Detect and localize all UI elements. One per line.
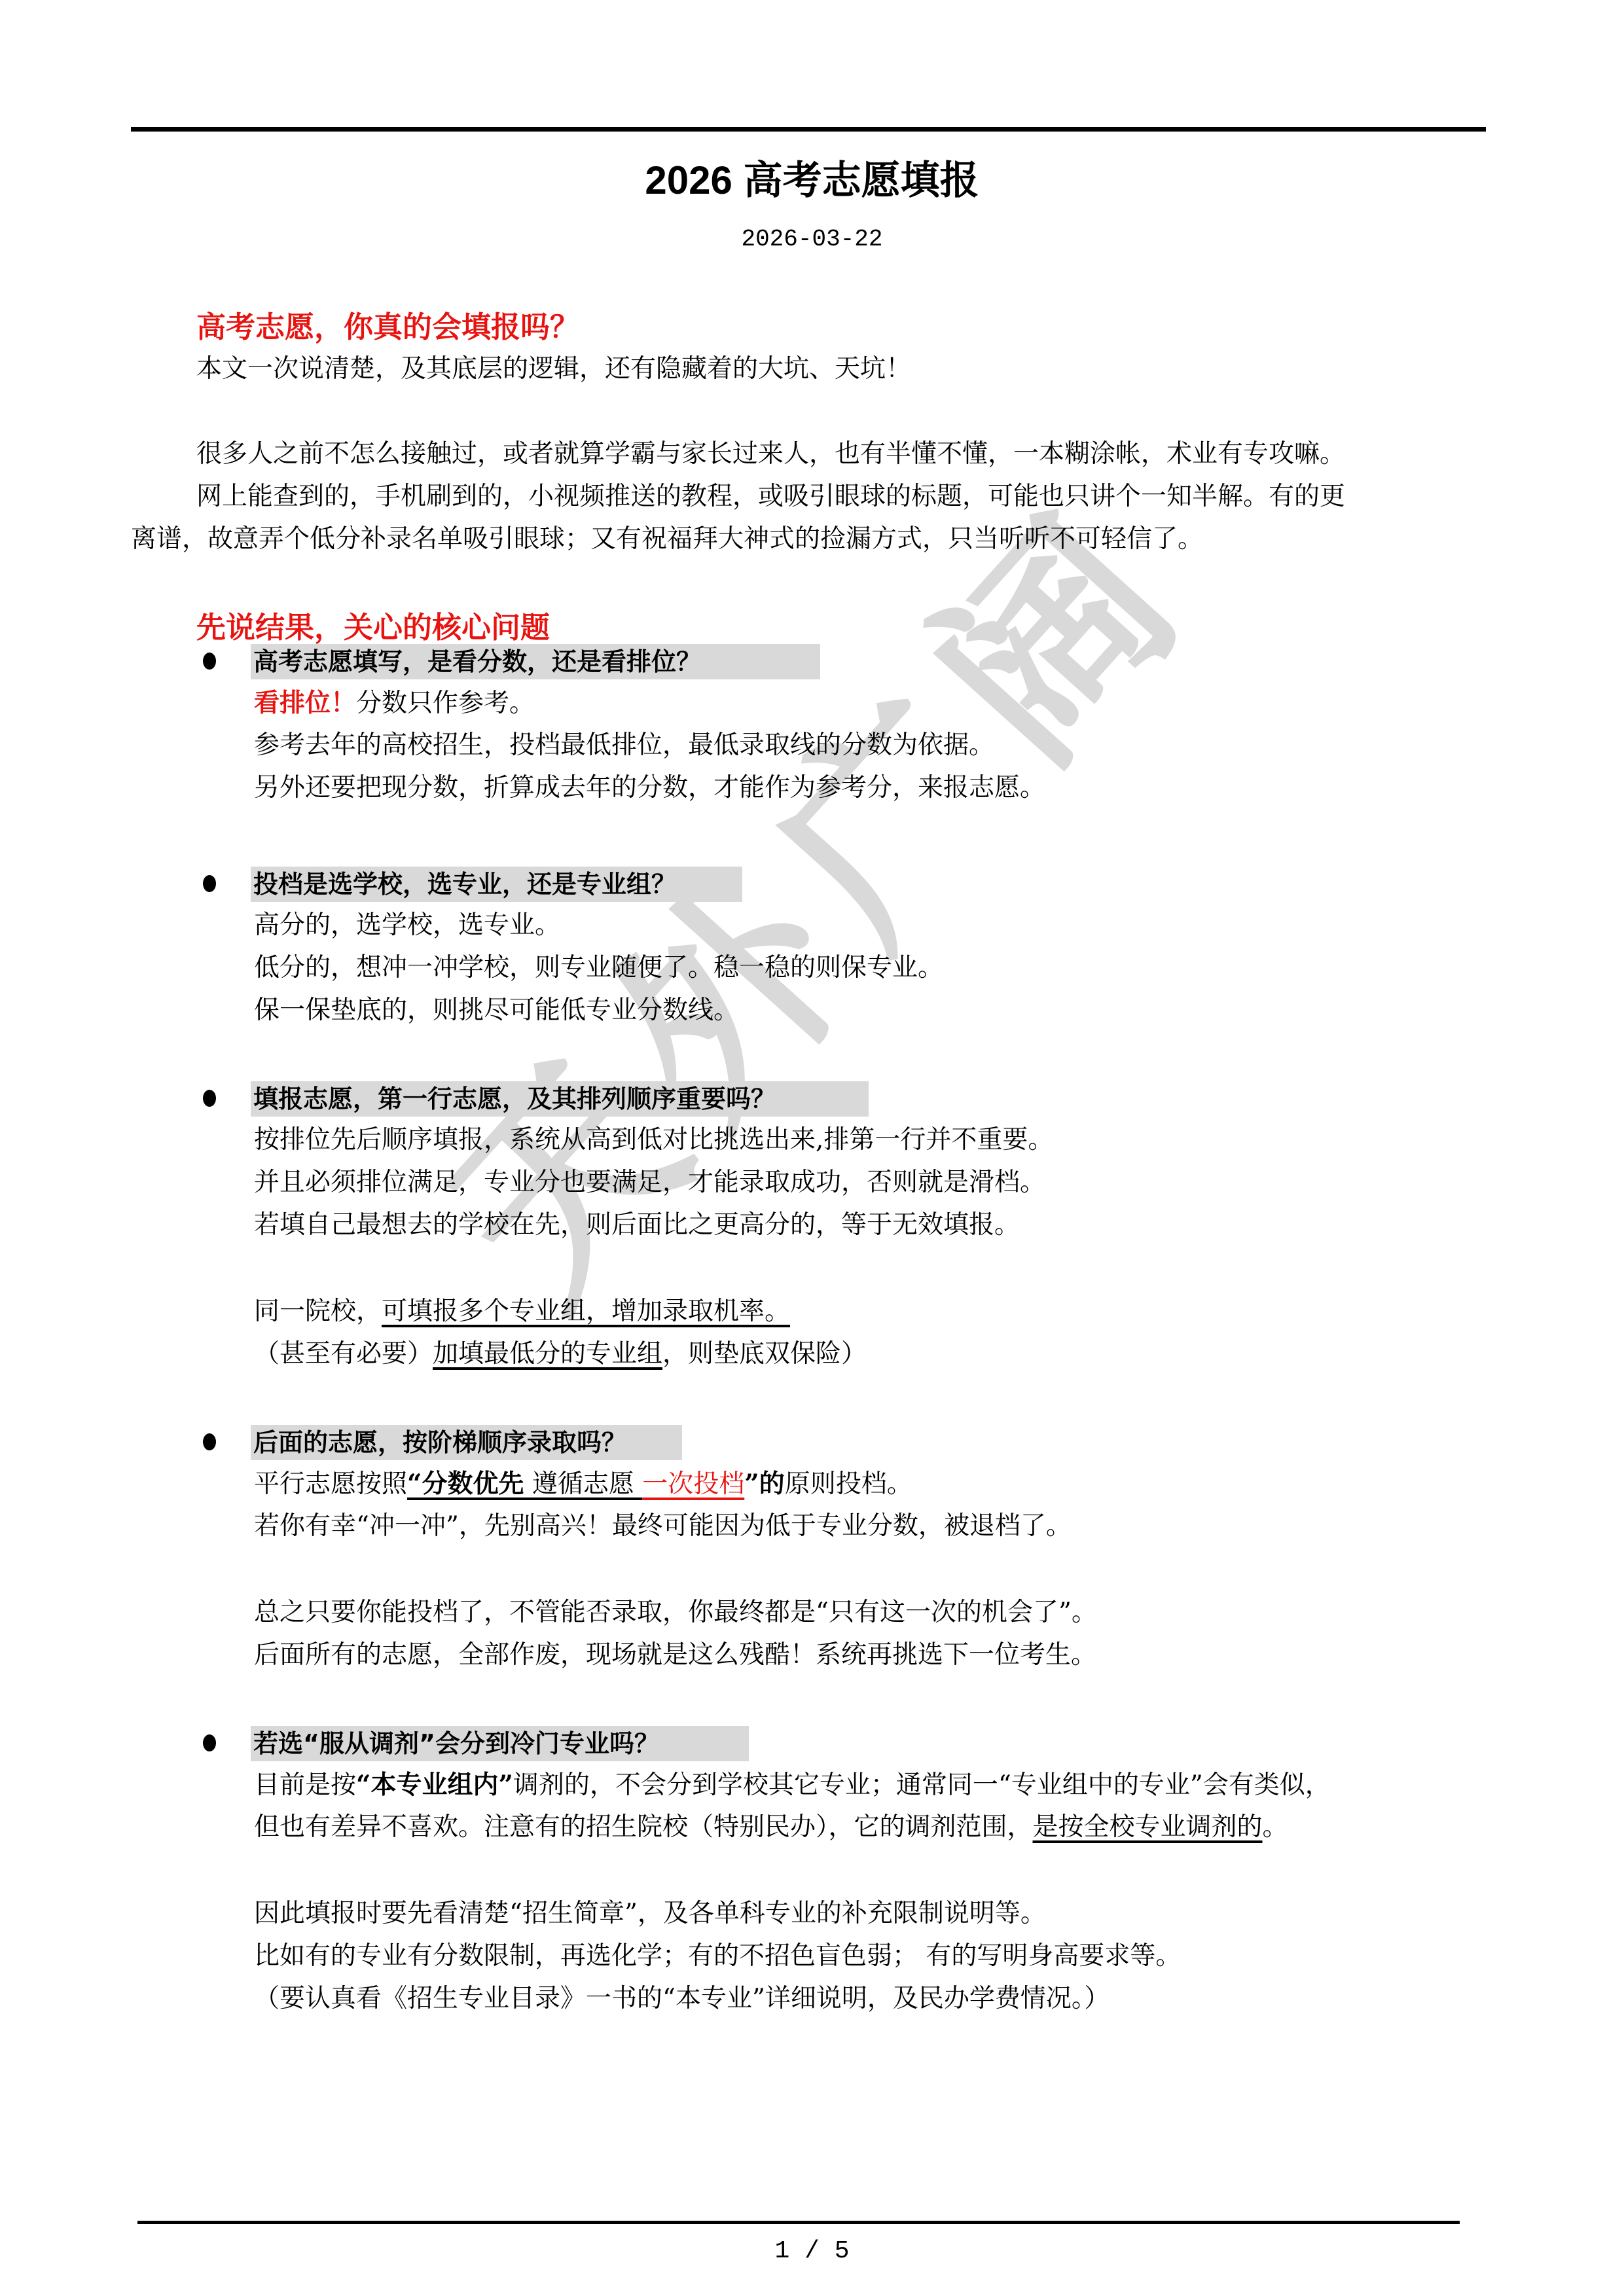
- l2-underlined: 是按全校专业调剂的: [1033, 1812, 1263, 1842]
- bullet-icon: [203, 653, 216, 670]
- answer-5-line-1: 目前是按“本专业组内”调剂的，不会分到学校其它专业；通常同一“专业组中的专业”会…: [254, 1769, 1331, 1801]
- l1-prefix: 目前是按: [254, 1770, 356, 1800]
- rule-bold-close: ”的: [744, 1469, 784, 1499]
- l1-bold: “本专业组内”: [356, 1770, 513, 1800]
- answer-3-extra-2: （甚至有必要）加填最低分的专业组，则垫底双保险）: [254, 1338, 867, 1370]
- bullet-icon: [203, 1433, 216, 1450]
- answer-3-line-1: 按排位先后顺序填报，系统从高到低对比挑选出来,排第一行并不重要。: [254, 1124, 1053, 1156]
- intro-paragraph-1: 很多人之前不怎么接触过，或者就算学霸与家长过来人，也有半懂不懂，一本糊涂帐，术业…: [196, 439, 1345, 470]
- answer-5-line-2: 但也有差异不喜欢。注意有的招生院校（特别民办），它的调剂范围，是按全校专业调剂的…: [254, 1812, 1288, 1843]
- rule-middle: 遵循志愿: [524, 1469, 642, 1499]
- question-1: 高考志愿填写，是看分数，还是看排位？: [251, 644, 820, 679]
- document-date: 2026-03-22: [0, 226, 1624, 253]
- extra-2-prefix: （甚至有必要）: [254, 1339, 433, 1369]
- footer-rule: [137, 2221, 1460, 2224]
- answer-1-line-2: 参考去年的高校招生，投档最低排位，最低录取线的分数为依据。: [254, 730, 994, 761]
- rule-bold-quote: “分数优先: [407, 1469, 524, 1499]
- extra-1-prefix: 同一院校，: [254, 1297, 382, 1326]
- answer-4-line-4: 后面所有的志愿，全部作废，现场就是这么残酷！系统再挑选下一位考生。: [254, 1640, 1096, 1671]
- question-5: 若选“服从调剂”会分到冷门专业吗？: [251, 1726, 749, 1761]
- rule-prefix: 平行志愿按照: [254, 1469, 407, 1499]
- answer-2-line-1: 高分的，选学校，选专业。: [254, 910, 560, 941]
- intro-paragraph-2-line-2: 离谱，故意弄个低分补录名单吸引眼球；又有祝福拜大神式的捡漏方式，只当听听不可轻信…: [131, 524, 1203, 555]
- l2-prefix: 但也有差异不喜欢。注意有的招生院校（特别民办），它的调剂范围，: [254, 1812, 1033, 1842]
- answer-3-line-3: 若填自己最想去的学校在先，则后面比之更高分的，等于无效填报。: [254, 1210, 1020, 1241]
- bullet-icon: [203, 875, 216, 892]
- answer-3-line-2: 并且必须排位满足，专业分也要满足，才能录取成功，否则就是滑档。: [254, 1167, 1045, 1198]
- rule-suffix: 原则投档。: [785, 1469, 912, 1499]
- l1-suffix: 调剂的，不会分到学校其它专业；通常同一“专业组中的专业”会有类似，: [513, 1770, 1331, 1800]
- answer-2-line-2: 低分的，想冲一冲学校，则专业随便了。稳一稳的则保专业。: [254, 952, 943, 984]
- intro-heading: 高考志愿，你真的会填报吗？: [196, 303, 579, 346]
- answer-5-line-5: （要认真看《招生专业目录》一书的“本专业”详细说明，及民办学费情况。）: [254, 1983, 1110, 2015]
- document-title: 2026 高考志愿填报: [0, 149, 1624, 206]
- extra-1-underlined: 可填报多个专业组，增加录取机率。: [382, 1297, 790, 1326]
- extra-2-underlined: 加填最低分的专业组: [433, 1339, 662, 1369]
- answer-1-line-3: 另外还要把现分数，折算成去年的分数，才能作为参考分，来报志愿。: [254, 772, 1045, 804]
- l2-suffix: 。: [1263, 1812, 1288, 1842]
- answer-5-line-4: 比如有的专业有分数限制，再选化学；有的不招色盲色弱； 有的写明身高要求等。: [254, 1941, 1181, 1972]
- rule-red-emphasis: 一次投档: [642, 1469, 744, 1499]
- answer-1-rest: 分数只作参考。: [356, 689, 535, 718]
- header-rule: [131, 127, 1486, 132]
- answer-4-line-2: 若你有幸“冲一冲”，先别高兴！最终可能因为低于专业分数，被退档了。: [254, 1511, 1072, 1542]
- intro-lead: 本文一次说清楚，及其底层的逻辑，还有隐藏着的大坑、天坑！: [196, 353, 911, 385]
- answer-4-rule: 平行志愿按照“分数优先 遵循志愿 一次投档”的原则投档。: [254, 1468, 912, 1500]
- question-4: 后面的志愿，按阶梯顺序录取吗？: [251, 1425, 682, 1460]
- intro-paragraph-2-line-1: 网上能查到的，手机刷到的，小视频推送的教程，或吸引眼球的标题，可能也只讲个一知半…: [196, 481, 1345, 512]
- answer-4-line-3: 总之只要你能投档了，不管能否录取，你最终都是“只有这一次的机会了”。: [254, 1597, 1097, 1628]
- page-indicator: 1 / 5: [0, 2237, 1624, 2265]
- extra-2-suffix: ，则垫底双保险）: [662, 1339, 867, 1369]
- answer-1-line-1: 看排位！分数只作参考。: [254, 687, 535, 719]
- answer-3-extra-1: 同一院校，可填报多个专业组，增加录取机率。: [254, 1296, 790, 1327]
- bullet-icon: [203, 1090, 216, 1107]
- answer-5-line-3: 因此填报时要先看清楚“招生简章”，及各单科专业的补充限制说明等。: [254, 1898, 1046, 1929]
- core-heading: 先说结果，关心的核心问题: [196, 603, 550, 646]
- question-3: 填报志愿，第一行志愿，及其排列顺序重要吗？: [251, 1081, 869, 1117]
- bullet-icon: [203, 1734, 216, 1751]
- question-2: 投档是选学校，选专业，还是专业组？: [251, 867, 742, 902]
- answer-2-line-3: 保一保垫底的，则挑尽可能低专业分数线。: [254, 995, 739, 1026]
- answer-1-emphasis: 看排位！: [254, 688, 356, 718]
